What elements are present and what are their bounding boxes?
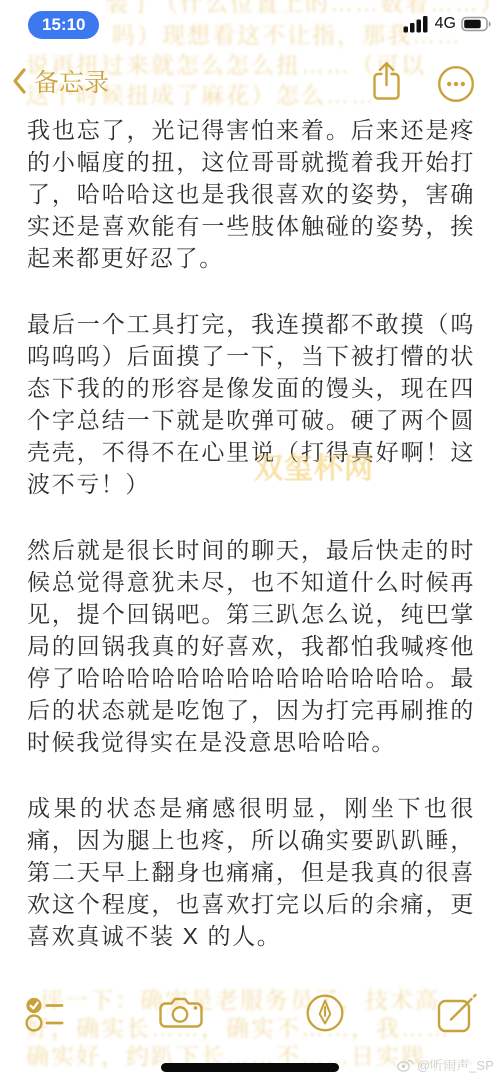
compose-icon xyxy=(436,992,478,1034)
share-icon xyxy=(370,60,403,102)
cellular-signal-icon xyxy=(403,14,430,33)
network-type-label: 4G xyxy=(435,15,456,33)
chevron-left-icon xyxy=(12,67,27,95)
ghost-text-line: 评一下：确实是老服务员了，技术高 xyxy=(40,982,440,1015)
notes-app-screen: 装了（什么位置上的……数着……）（ 吗）现想看这不让指，那我…… 说再扭过来就怎… xyxy=(0,0,500,1082)
camera-button[interactable] xyxy=(158,995,204,1034)
checklist-button[interactable] xyxy=(25,996,65,1035)
markup-button[interactable] xyxy=(304,992,346,1037)
note-paragraph: 我也忘了，光记得害怕来着。后来还是疼的小幅度的扭，这位哥哥就揽着我开始打了，哈哈… xyxy=(27,114,475,274)
status-time-pill[interactable]: 15:10 xyxy=(28,11,99,39)
status-right-cluster: 4G xyxy=(403,14,492,33)
share-button[interactable] xyxy=(370,60,403,105)
corner-watermark-text: @听雨声_SP xyxy=(417,1055,494,1074)
note-paragraph: 成果的状态是痛感很明显，刚坐下也很痛，因为腿上也疼，所以确实要趴趴睡，第二天早上… xyxy=(27,792,475,952)
back-button[interactable]: 备忘录 xyxy=(12,63,109,99)
back-button-label: 备忘录 xyxy=(34,63,109,99)
note-paragraph: 最后一个工具打完，我连摸都不敢摸（呜呜呜呜）后面摸了一下，当下被打懵的状态下我的… xyxy=(27,308,475,500)
markup-pen-icon xyxy=(304,992,346,1034)
note-body[interactable]: 我也忘了，光记得害怕来着。后来还是疼的小幅度的扭，这位哥哥就揽着我开始打了，哈哈… xyxy=(27,114,475,986)
home-indicator[interactable] xyxy=(161,1063,339,1072)
compose-button[interactable] xyxy=(436,992,478,1037)
camera-icon xyxy=(158,995,204,1031)
ellipsis-circle-icon xyxy=(436,64,476,104)
battery-icon xyxy=(461,16,492,32)
note-paragraph: 然后就是很长时间的聊天，最后快走的时候总觉得意犹未尽，也不知道什么时候再见，提个… xyxy=(27,534,475,758)
checklist-icon xyxy=(25,996,65,1032)
ghost-text-line: 好，确实长……，确实不……，我…… xyxy=(26,1010,451,1043)
corner-watermark: @听雨声_SP xyxy=(397,1055,494,1074)
weibo-logo-icon xyxy=(397,1057,414,1072)
status-time: 15:10 xyxy=(42,15,85,35)
more-options-button[interactable] xyxy=(436,64,476,107)
